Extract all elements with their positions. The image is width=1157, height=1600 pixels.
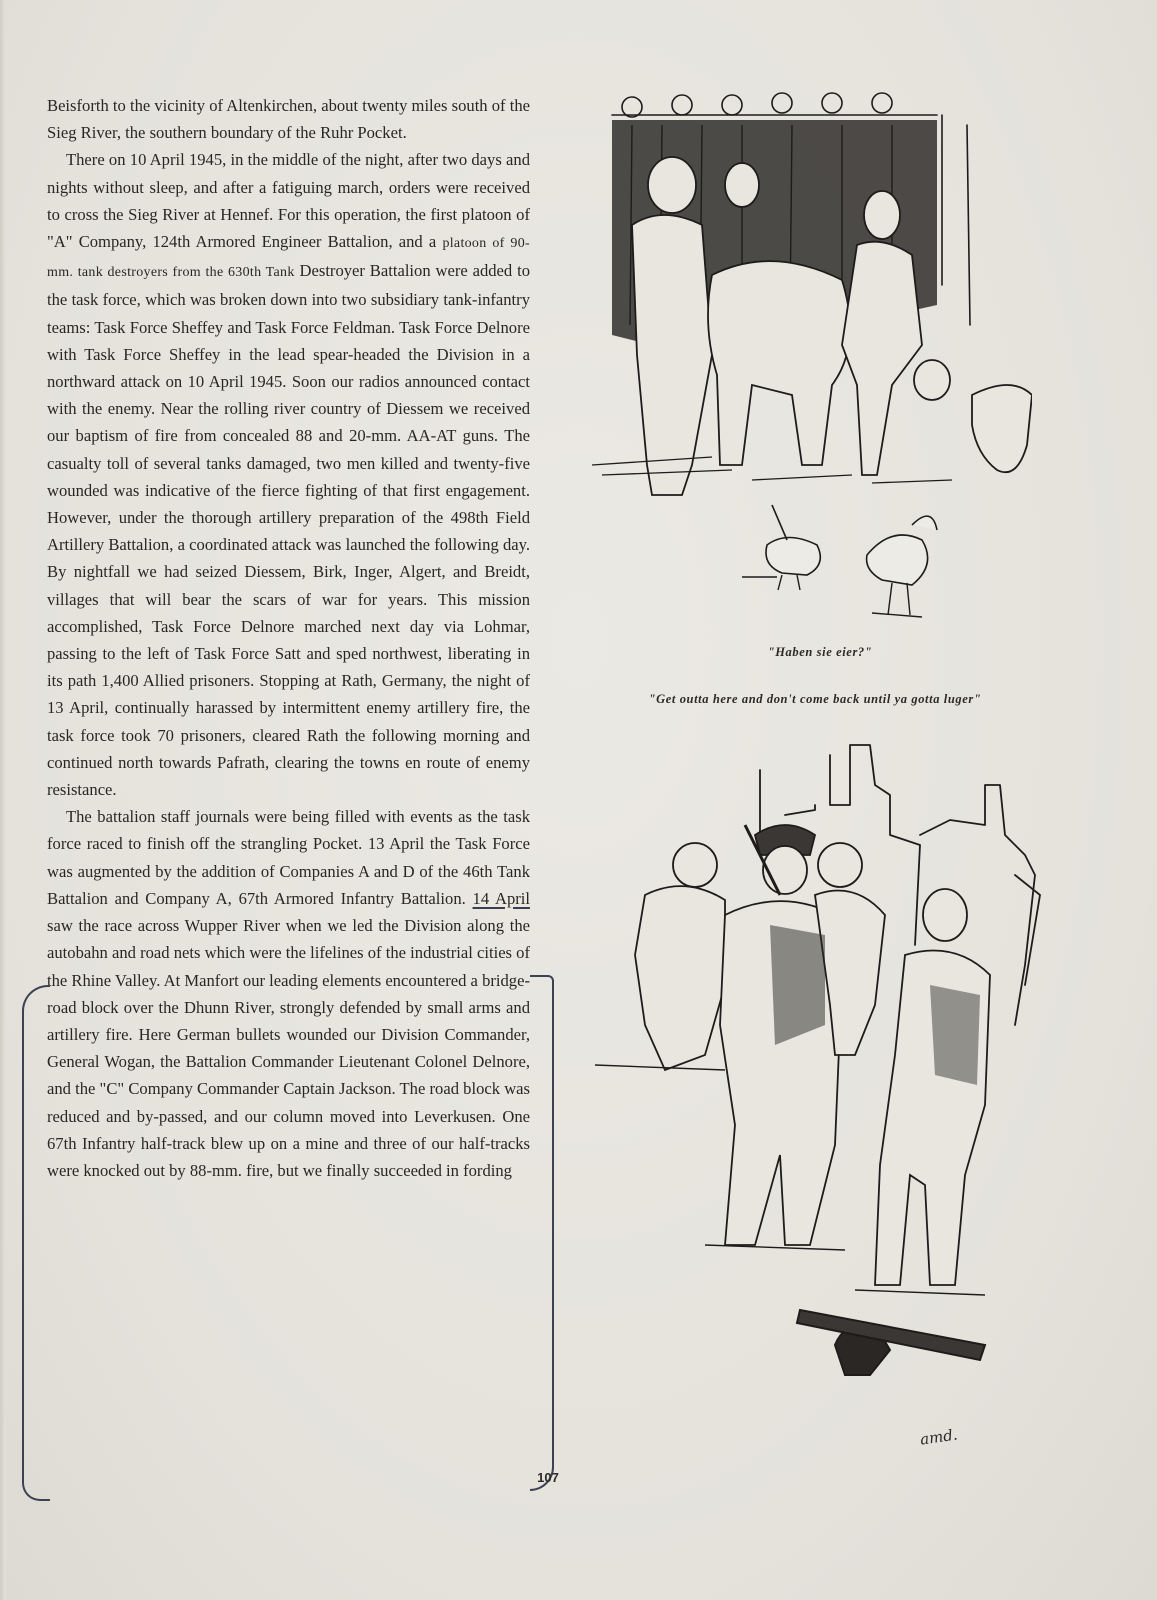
paragraph-3-part-b: saw the race across Wupper River when we… (47, 916, 530, 1180)
handwritten-bracket-left (22, 985, 50, 1501)
text-column: Beisforth to the vicinity of Altenkirche… (47, 92, 530, 1184)
handwritten-bracket-right (530, 975, 554, 1491)
illustration-top (592, 85, 1032, 635)
paragraph-2: There on 10 April 1945, in the middle of… (47, 146, 530, 803)
paragraph-3-part-a: The battalion staff journals were being … (47, 807, 530, 908)
illustration-bottom: amd. (585, 725, 1055, 1445)
paragraph-2-part-b: Destroyer Battalion were added to the ta… (47, 261, 530, 799)
sketch-donkey-villagers-icon (592, 85, 1032, 635)
paragraph-3-bracketed: The battalion staff journals were being … (47, 803, 530, 1184)
handwritten-underline-date: 14 April (473, 889, 530, 908)
caption-top: "Haben sie eier?" (700, 645, 940, 660)
paragraph-1: Beisforth to the vicinity of Altenkirche… (47, 92, 530, 146)
caption-bottom: "Get outta here and don't come back unti… (600, 692, 1030, 707)
page-binding-edge (0, 0, 6, 1600)
page-number: 107 (528, 1470, 568, 1485)
sketch-soldier-children-ruins-icon (585, 725, 1055, 1445)
